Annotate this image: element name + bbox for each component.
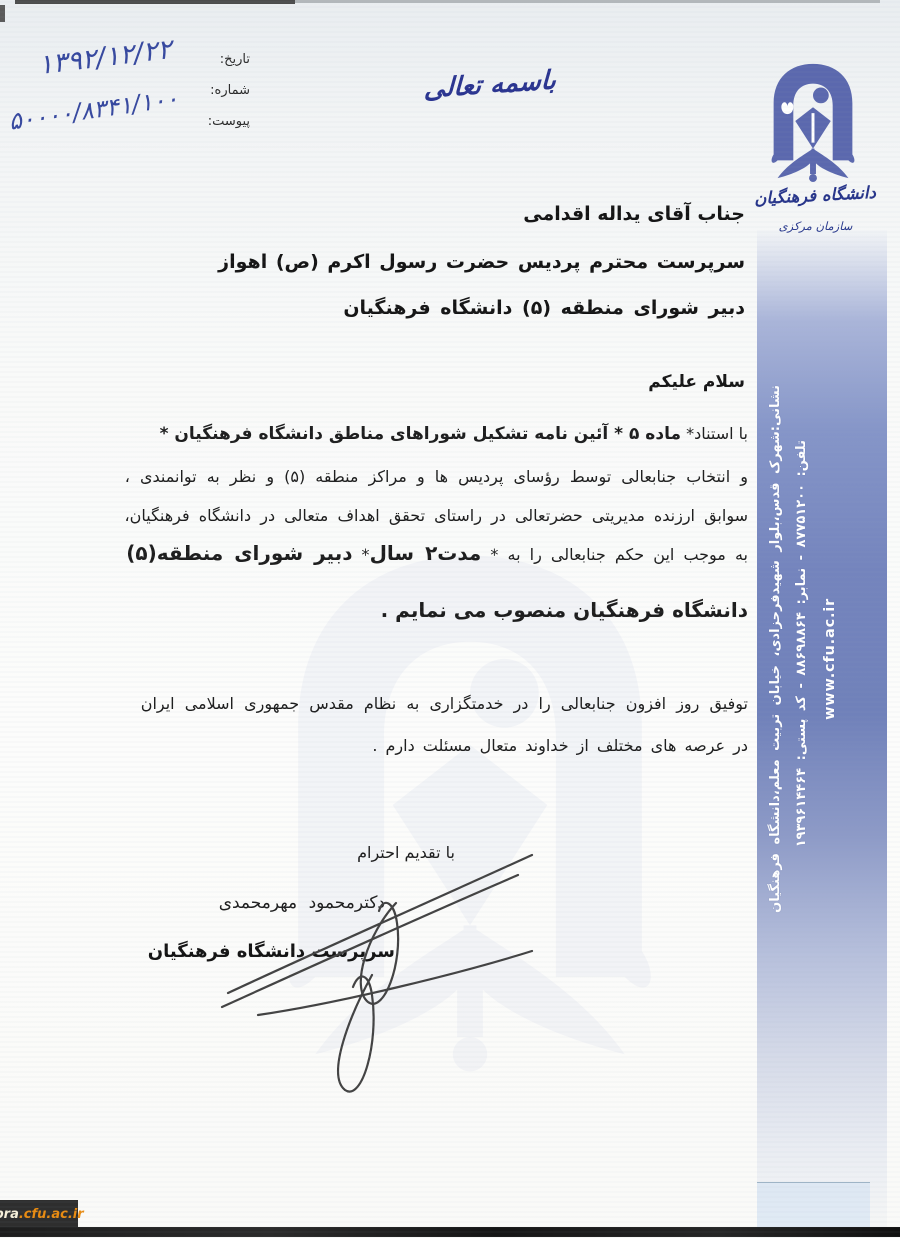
bismillah-calligraphy: باسمه تعالی xyxy=(415,65,566,106)
letterhead-address: نشانی:شهرک قدس،بلوار شهیدفرحزادی، خیابان… xyxy=(763,330,789,1050)
body-line-4-star: * xyxy=(352,545,369,564)
recipient-role-line: دبیر شورای منطقه (۵) دانشگاه فرهنگیان xyxy=(343,297,745,319)
scanned-letter-page: تاریخ: شماره: پیوست: ۱۳۹۲/۱۲/۲۲ ۵۰۰۰۰/۸۳… xyxy=(0,0,900,1238)
university-emblem-logo xyxy=(763,58,863,184)
handwritten-document-number: ۵۰۰۰۰/۸۳۴۱/۱۰۰ xyxy=(7,84,180,136)
watermark-domain: .cfu.ac.ir xyxy=(19,1207,84,1222)
recipient-position-line: سرپرست محترم پردیس حضرت رسول اکرم (ص) اه… xyxy=(218,251,745,273)
signature-scribble xyxy=(200,845,550,1105)
body-line-4-normal: به موجب این حکم جنابعالی را به * xyxy=(481,545,748,564)
wish-line-2: در عرصه های مختلف از خداوند متعال مسئلت … xyxy=(372,736,748,755)
salutation: سلام علیکم xyxy=(648,372,745,392)
site-watermark-badge: pra.cfu.ac.ir xyxy=(0,1200,78,1228)
body-line-3: سوابق ارزنده مدیریتی حضرتعالی در راستای … xyxy=(124,506,748,525)
body-line-1-normal: با استناد* xyxy=(681,424,748,443)
scan-edge-top-dark xyxy=(15,0,295,4)
body-line-4: به موجب این حکم جنابعالی را به * مدت۲ سا… xyxy=(126,541,748,565)
scan-edge-bottom xyxy=(0,1227,900,1237)
wish-line-1: توفیق روز افزون جنابعالی را در خدمتگزاری… xyxy=(141,694,748,713)
attachment-label: پیوست: xyxy=(208,114,250,129)
scan-edge-left-mark xyxy=(0,5,5,22)
recipient-name-line: جناب آقای یداله اقدامی xyxy=(523,203,745,225)
term-duration-bold: مدت۲ سال xyxy=(370,541,482,565)
letterhead-phone-fax-postal: تلفن: ۸۷۷۵۱۲۰۰ - نمابر: ۸۸۶۹۸۸۶۴ - کد پس… xyxy=(789,330,815,1050)
scan-corner-panel xyxy=(757,1182,870,1228)
date-label: تاریخ: xyxy=(220,52,250,67)
university-name-calligraphy: دانشگاه فرهنگیان xyxy=(742,182,889,209)
letterhead-website-url: www.cfu.ac.ir xyxy=(815,330,845,1050)
body-line-2: و انتخاب جنابعالی توسط رؤسای پردیس ها و … xyxy=(125,467,748,486)
handwritten-date: ۱۳۹۲/۱۲/۲۲ xyxy=(37,34,174,81)
letterhead-contact-block: نشانی:شهرک قدس،بلوار شهیدفرحزادی، خیابان… xyxy=(757,330,887,1050)
body-line-1-bold: ماده ۵ * آئین نامه تشکیل شوراهای مناطق د… xyxy=(160,424,681,444)
central-organization-label: سازمان مرکزی xyxy=(768,219,863,233)
appointed-role-bold: دبیر شورای منطقه(۵) xyxy=(126,541,352,565)
body-line-1: با استناد* ماده ۵ * آئین نامه تشکیل شورا… xyxy=(160,424,748,444)
watermark-prefix: pra xyxy=(0,1207,19,1222)
scan-edge-top-light xyxy=(295,0,880,3)
appointment-statement-bold: دانشگاه فرهنگیان منصوب می نمایم . xyxy=(381,598,748,622)
number-label: شماره: xyxy=(210,83,250,98)
